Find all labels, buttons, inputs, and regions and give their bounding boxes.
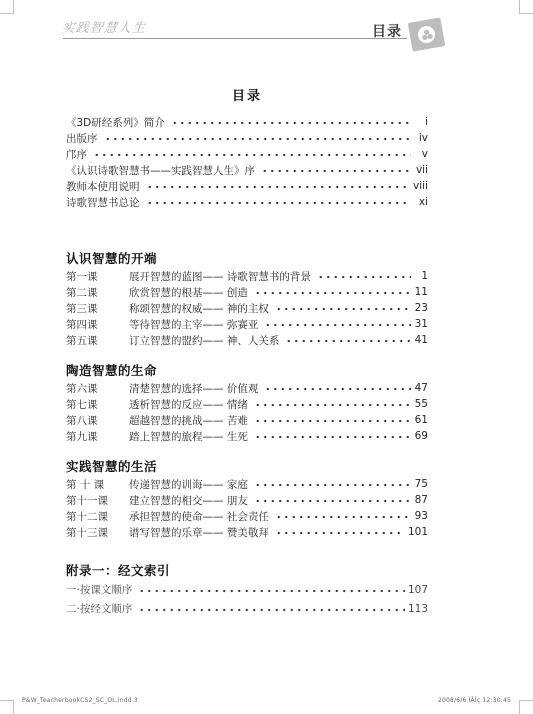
lesson-label: 第六课 — [66, 381, 129, 396]
lesson-label: 第九课 — [66, 429, 129, 444]
entry-title: 《3D研经系列》简介 — [66, 115, 165, 130]
entry-title: 踏上智慧的旅程—— 生死 — [129, 429, 248, 444]
dot-leader — [137, 599, 405, 618]
running-head-label: 目录 — [372, 21, 402, 41]
entry-title: 超越智慧的挑战—— 苦难 — [129, 413, 248, 428]
toc-entry: 第六课 清楚智慧的选择—— 价值观 47 — [66, 380, 428, 396]
dot-leader — [263, 316, 411, 332]
page-title: 目录 — [66, 88, 428, 106]
page-number: 107 — [408, 584, 428, 596]
dot-leader — [274, 300, 411, 316]
page-number: 31 — [414, 318, 428, 330]
lesson-label: 第三课 — [66, 301, 129, 316]
entry-title: 《认识诗歌智慧书——实践智慧人生》序 — [66, 163, 255, 178]
entry-title: 诗歌智慧书总论 — [66, 195, 140, 210]
toc-entry: 第九课 踏上智慧的旅程—— 生死 69 — [66, 428, 428, 444]
page-number: 87 — [414, 494, 428, 506]
lesson-label: 第二课 — [66, 285, 129, 300]
section-heading: 认识智慧的开端 — [66, 250, 428, 268]
lesson-label: 第七课 — [66, 397, 129, 412]
page-number: 113 — [408, 603, 428, 615]
toc-page: 实践智慧人生 目录 目录 《3D研经系列》简介 i 出版序 iv 邝序 v — [0, 0, 533, 714]
entry-title: 教师本使用说明 — [66, 179, 140, 194]
toc-entry: 第十二课 承担智慧的使命—— 社会责任 93 — [66, 508, 428, 524]
header-rule — [63, 38, 407, 39]
lesson-label: 第十一课 — [66, 493, 129, 508]
entry-title: 展开智慧的蓝图—— 诗歌智慧书的背景 — [129, 269, 311, 284]
page-number: 11 — [414, 286, 428, 298]
lesson-label: 第 十 课 — [66, 477, 129, 492]
toc-entry: 第一课 展开智慧的蓝图—— 诗歌智慧书的背景 1 — [66, 268, 428, 284]
entry-title: 出版序 — [66, 131, 98, 146]
page-number: xi — [414, 196, 428, 208]
lesson-label: 第八课 — [66, 413, 129, 428]
dot-leader — [137, 580, 405, 599]
toc-entry: 一·按课文顺序 107 — [66, 580, 428, 599]
entry-title: 透析智慧的反应—— 情绪 — [129, 397, 248, 412]
dot-leader — [263, 380, 411, 396]
entry-title: 谱写智慧的乐章—— 赞美敬拜 — [129, 525, 269, 540]
lesson-label: 第十二课 — [66, 509, 129, 524]
page-number: 61 — [414, 414, 428, 426]
page-number: 41 — [414, 334, 428, 346]
page-number: 69 — [414, 430, 428, 442]
dot-leader — [145, 178, 411, 194]
page-number: iv — [414, 132, 428, 144]
toc-entry: 第十一课 建立智慧的相交—— 朋友 87 — [66, 492, 428, 508]
dot-leader — [253, 284, 411, 300]
dot-leader — [253, 492, 411, 508]
crop-mark-top-left — [0, 0, 14, 14]
toc-entry: 第三课 称颂智慧的权威—— 神的主权 23 — [66, 300, 428, 316]
entry-title: 二·按经文顺序 — [66, 601, 132, 616]
entry-title: 清楚智慧的选择—— 价值观 — [129, 381, 258, 396]
dot-leader — [253, 428, 411, 444]
dot-leader — [103, 130, 412, 146]
series-logo-text: 实践智慧人生 — [61, 17, 147, 36]
page-number: 55 — [414, 398, 428, 410]
page-number: i — [414, 116, 428, 128]
crop-mark-top-right — [519, 0, 533, 14]
dot-leader — [170, 114, 411, 130]
dot-leader — [253, 412, 411, 428]
footer-filename: P&W_TeacherbookCS2_SC_OL.indd 3 — [22, 697, 138, 704]
section-heading: 实践智慧的生活 — [66, 458, 428, 476]
toc-entry: 第二课 欣赏智慧的根基—— 创造 11 — [66, 284, 428, 300]
entry-title: 一·按课文顺序 — [66, 582, 132, 597]
dot-leader — [316, 268, 411, 284]
crop-mark-bottom-left — [0, 700, 14, 714]
dot-leader — [253, 396, 411, 412]
toc-section: 认识智慧的开端 第一课 展开智慧的蓝图—— 诗歌智慧书的背景 1 第二课 欣赏智… — [66, 250, 428, 348]
dot-leader — [253, 476, 411, 492]
lesson-label: 第十三课 — [66, 525, 129, 540]
toc-entry: 邝序 v — [66, 146, 428, 162]
section-heading: 附录一：经文索引 — [66, 562, 428, 580]
lesson-label: 第四课 — [66, 317, 129, 332]
toc-section: 附录一：经文索引 一·按课文顺序 107 二·按经文顺序 113 — [66, 562, 428, 618]
lesson-label: 第一课 — [66, 269, 129, 284]
entry-title: 建立智慧的相交—— 朋友 — [129, 493, 248, 508]
crop-mark-bottom-right — [519, 700, 533, 714]
dot-leader — [260, 162, 411, 178]
dot-leader — [274, 508, 411, 524]
entry-title: 传递智慧的训诲—— 家庭 — [129, 477, 248, 492]
toc-entry: 《认识诗歌智慧书——实践智慧人生》序 vii — [66, 162, 428, 178]
toc-entry: 第七课 透析智慧的反应—— 情绪 55 — [66, 396, 428, 412]
dot-leader — [145, 194, 412, 210]
toc-section: 陶造智慧的生命 第六课 清楚智慧的选择—— 价值观 47 第七课 透析智慧的反应… — [66, 362, 428, 444]
toc-content: 目录 《3D研经系列》简介 i 出版序 iv 邝序 v 《认识诗歌智慧书——实践… — [66, 88, 428, 618]
page-number: vii — [414, 164, 428, 176]
dot-leader — [92, 146, 411, 162]
lesson-label: 第五课 — [66, 333, 129, 348]
toc-entry: 《3D研经系列》简介 i — [66, 114, 428, 130]
page-number: 75 — [414, 478, 428, 490]
dot-leader — [284, 332, 411, 348]
toc-entry: 第五课 订立智慧的盟约—— 神、人关系 41 — [66, 332, 428, 348]
footer-timestamp: 2008/6/6 ÏÂÎç 12:30:45 — [438, 697, 511, 704]
page-number: 93 — [414, 510, 428, 522]
toc-entry: 第四课 等待智慧的主宰—— 弥赛亚 31 — [66, 316, 428, 332]
page-number: 23 — [414, 302, 428, 314]
page-number: viii — [413, 180, 428, 192]
entry-title: 等待智慧的主宰—— 弥赛亚 — [129, 317, 258, 332]
series-badge-icon — [408, 17, 446, 51]
toc-entry: 第 十 课 传递智慧的训诲—— 家庭 75 — [66, 476, 428, 492]
page-number: 47 — [414, 382, 428, 394]
entry-title: 邝序 — [66, 147, 87, 162]
toc-entry: 第八课 超越智慧的挑战—— 苦难 61 — [66, 412, 428, 428]
page-number: 1 — [414, 270, 428, 282]
toc-entry: 第十三课 谱写智慧的乐章—— 赞美敬拜 101 — [66, 524, 428, 540]
toc-entry: 教师本使用说明 viii — [66, 178, 428, 194]
entry-title: 欣赏智慧的根基—— 创造 — [129, 285, 248, 300]
toc-section: 实践智慧的生活 第 十 课 传递智慧的训诲—— 家庭 75 第十一课 建立智慧的… — [66, 458, 428, 540]
entry-title: 订立智慧的盟约—— 神、人关系 — [129, 333, 279, 348]
front-matter-list: 《3D研经系列》简介 i 出版序 iv 邝序 v 《认识诗歌智慧书——实践智慧人… — [66, 114, 428, 210]
dot-leader — [274, 524, 405, 540]
entry-title: 承担智慧的使命—— 社会责任 — [129, 509, 269, 524]
section-heading: 陶造智慧的生命 — [66, 362, 428, 380]
page-number: v — [414, 148, 428, 160]
toc-entry: 出版序 iv — [66, 130, 428, 146]
entry-title: 称颂智慧的权威—— 神的主权 — [129, 301, 269, 316]
toc-entry: 诗歌智慧书总论 xi — [66, 194, 428, 210]
toc-entry: 二·按经文顺序 113 — [66, 599, 428, 618]
page-number: 101 — [408, 526, 428, 538]
